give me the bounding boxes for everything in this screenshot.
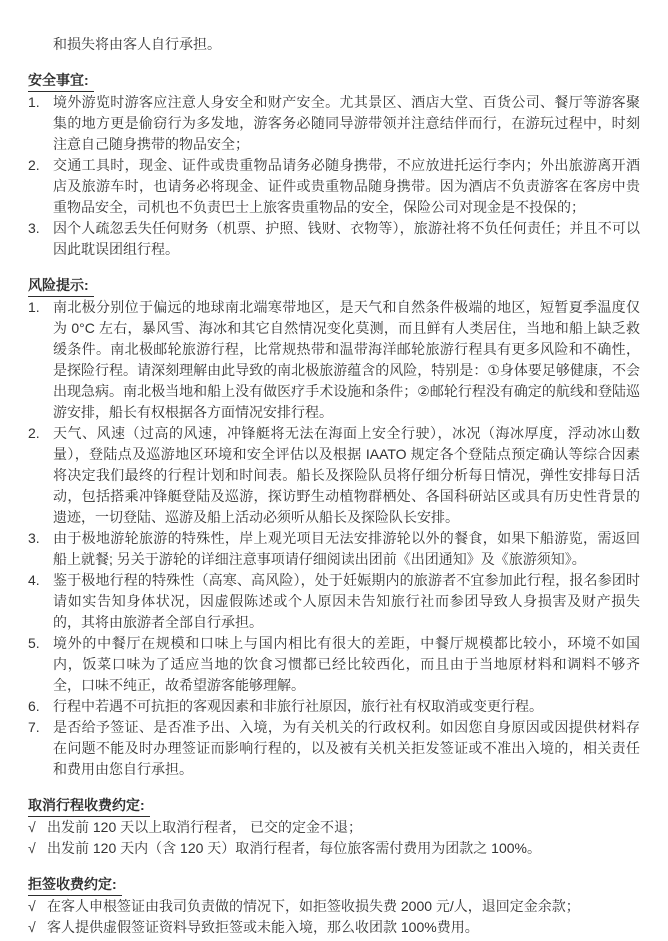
numbered-list: 1. 南北极分别位于偏远的地球南北端寒带地区，是天气和自然条件极端的地区，短暂夏… xyxy=(28,297,640,780)
check-mark: √ xyxy=(28,817,47,838)
list-item: 7. 是否给予签证、是否准予出、入境，为有关机关的行政权利。如因您自身原因或因提… xyxy=(28,717,640,780)
list-item: 5. 境外的中餐厅在规模和口味上与国内相比有很大的差距，中餐厅规模都比较小，环境… xyxy=(28,633,640,696)
list-item-text: 出发前 120 天内（含 120 天）取消行程者，每位旅客需付费用为团款之 10… xyxy=(47,838,640,859)
list-item-text: 客人提供虚假签证资料导致拒签或未能入境，那么收团款 100%费用。 xyxy=(47,917,640,938)
list-item-text: 交通工具时，现金、证件或贵重物品请务必随身携带，不应放进托运行李内；外出旅游离开… xyxy=(53,155,640,218)
list-item: √ 出发前 120 天以上取消行程者， 已交的定金不退； xyxy=(28,817,640,838)
document-page: 和损失将由客人自行承担。 安全事宜: 1. 境外游览时游客应注意人身安全和财产安… xyxy=(0,0,668,938)
list-item: 6. 行程中若遇不可抗拒的客观因素和非旅行社原因，旅行社有权取消或变更行程。 xyxy=(28,696,640,717)
check-mark: √ xyxy=(28,838,47,859)
list-item-text: 境外的中餐厅在规模和口味上与国内相比有很大的差距，中餐厅规模都比较小，环境不如国… xyxy=(53,633,640,696)
numbered-list: 1. 境外游览时游客应注意人身安全和财产安全。尤其景区、酒店大堂、百货公司、餐厅… xyxy=(28,92,640,260)
list-item-text: 在客人申根签证由我司负责做的情况下，如拒签收损失费 2000 元/人，退回定金余… xyxy=(47,896,640,917)
list-marker: 6. xyxy=(28,696,53,717)
check-list: √ 在客人申根签证由我司负责做的情况下，如拒签收损失费 2000 元/人，退回定… xyxy=(28,896,640,938)
check-mark: √ xyxy=(28,896,47,917)
list-item: 4. 鉴于极地行程的特殊性（高寒、高风险），处于妊娠期内的旅游者不宜参加此行程，… xyxy=(28,570,640,633)
list-item: 1. 境外游览时游客应注意人身安全和财产安全。尤其景区、酒店大堂、百货公司、餐厅… xyxy=(28,92,640,155)
check-mark: √ xyxy=(28,917,47,938)
list-item: 3. 因个人疏忽丢失任何财务（机票、护照、钱财、衣物等），旅游社将不负任何责任；… xyxy=(28,218,640,260)
list-item: √ 出发前 120 天内（含 120 天）取消行程者，每位旅客需付费用为团款之 … xyxy=(28,838,640,859)
section-risk: 风险提示: 1. 南北极分别位于偏远的地球南北端寒带地区，是天气和自然条件极端的… xyxy=(28,275,640,780)
list-item-text: 是否给予签证、是否准予出、入境，为有关机关的行政权利。如因您自身原因或因提供材料… xyxy=(53,717,640,780)
list-item-text: 出发前 120 天以上取消行程者， 已交的定金不退； xyxy=(47,817,640,838)
list-marker: 7. xyxy=(28,717,53,738)
list-item: 2. 交通工具时，现金、证件或贵重物品请务必随身携带，不应放进托运行李内；外出旅… xyxy=(28,155,640,218)
list-item-text: 天气、风速（过高的风速，冲锋艇将无法在海面上安全行驶），冰况（海冰厚度，浮动冰山… xyxy=(53,423,640,528)
section-heading-cancellation: 取消行程收费约定: xyxy=(28,795,150,817)
list-item-text: 行程中若遇不可抗拒的客观因素和非旅行社原因，旅行社有权取消或变更行程。 xyxy=(53,696,640,717)
list-marker: 3. xyxy=(28,218,53,239)
check-list: √ 出发前 120 天以上取消行程者， 已交的定金不退； √ 出发前 120 天… xyxy=(28,817,640,859)
list-marker: 4. xyxy=(28,570,53,591)
section-cancellation-fees: 取消行程收费约定: √ 出发前 120 天以上取消行程者， 已交的定金不退； √… xyxy=(28,795,640,859)
list-marker: 5. xyxy=(28,633,53,654)
section-heading-visa-refusal: 拒签收费约定: xyxy=(28,874,122,896)
list-item: 1. 南北极分别位于偏远的地球南北端寒带地区，是天气和自然条件极端的地区，短暂夏… xyxy=(28,297,640,423)
list-marker: 2. xyxy=(28,155,53,176)
list-marker: 1. xyxy=(28,92,53,113)
section-safety: 安全事宜: 1. 境外游览时游客应注意人身安全和财产安全。尤其景区、酒店大堂、百… xyxy=(28,70,640,260)
paragraph-continuation: 和损失将由客人自行承担。 xyxy=(53,34,640,55)
section-heading-safety: 安全事宜: xyxy=(28,70,94,92)
list-item: 2. 天气、风速（过高的风速，冲锋艇将无法在海面上安全行驶），冰况（海冰厚度，浮… xyxy=(28,423,640,528)
list-item-text: 鉴于极地行程的特殊性（高寒、高风险），处于妊娠期内的旅游者不宜参加此行程，报名参… xyxy=(53,570,640,633)
list-marker: 2. xyxy=(28,423,53,444)
list-item: √ 在客人申根签证由我司负责做的情况下，如拒签收损失费 2000 元/人，退回定… xyxy=(28,896,640,917)
list-item-text: 由于极地游轮旅游的特殊性，岸上观光项目无法安排游轮以外的餐食，如果下船游览，需返… xyxy=(53,528,640,570)
section-heading-risk: 风险提示: xyxy=(28,275,94,297)
list-item: √ 客人提供虚假签证资料导致拒签或未能入境，那么收团款 100%费用。 xyxy=(28,917,640,938)
list-item-text: 境外游览时游客应注意人身安全和财产安全。尤其景区、酒店大堂、百货公司、餐厅等游客… xyxy=(53,92,640,155)
list-item-text: 南北极分别位于偏远的地球南北端寒带地区，是天气和自然条件极端的地区，短暂夏季温度… xyxy=(53,297,640,423)
list-marker: 3. xyxy=(28,528,53,549)
list-item: 3. 由于极地游轮旅游的特殊性，岸上观光项目无法安排游轮以外的餐食，如果下船游览… xyxy=(28,528,640,570)
section-visa-refusal-fees: 拒签收费约定: √ 在客人申根签证由我司负责做的情况下，如拒签收损失费 2000… xyxy=(28,874,640,938)
list-marker: 1. xyxy=(28,297,53,318)
list-item-text: 因个人疏忽丢失任何财务（机票、护照、钱财、衣物等），旅游社将不负任何责任；并且不… xyxy=(53,218,640,260)
